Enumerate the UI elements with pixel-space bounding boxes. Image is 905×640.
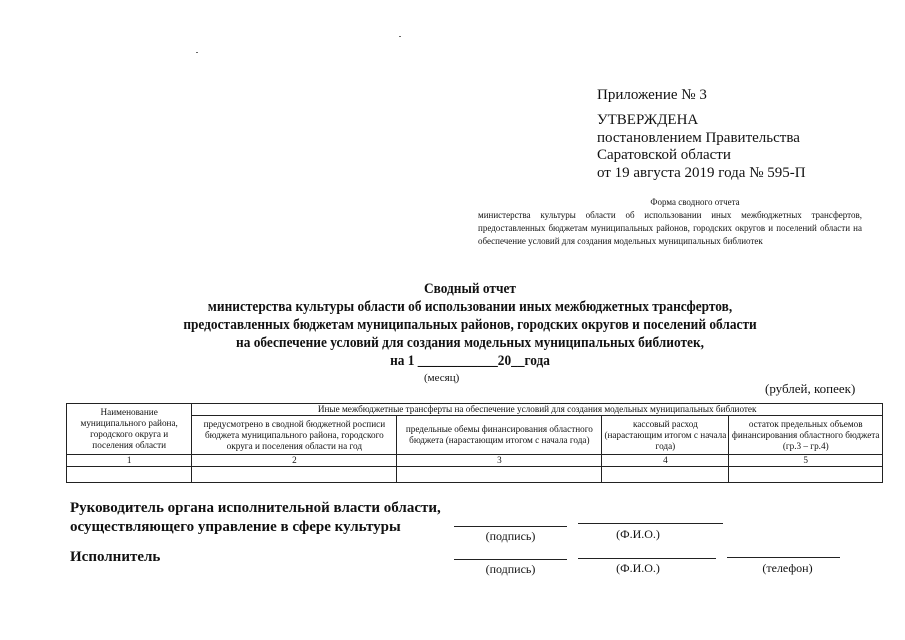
approval-line: от 19 августа 2019 года № 595-П — [597, 165, 806, 183]
table-cell — [67, 467, 192, 483]
form-caption-title: Форма сводного отчета — [478, 196, 862, 209]
header-cell-name: Наименование муниципального района, горо… — [67, 404, 192, 455]
executor-name-hint: (Ф.И.О.) — [578, 561, 698, 576]
header-cell-planned: предусмотрено в сводной бюджетной роспис… — [192, 416, 397, 455]
units-label: (рублей, копеек) — [765, 381, 855, 397]
report-title-line: предоставленных бюджетам муниципальных р… — [130, 316, 811, 334]
approval-line: УТВЕРЖДЕНА — [597, 112, 806, 130]
table-header-row: Наименование муниципального района, горо… — [67, 404, 883, 416]
report-title-line: на обеспечение условий для создания моде… — [130, 334, 811, 352]
head-signature-hint: (подпись) — [454, 529, 567, 544]
approval-line: постановлением Правительства — [597, 130, 806, 148]
report-date-line: на 1 ____________20__года — [130, 352, 811, 370]
column-number: 1 — [67, 455, 192, 467]
column-number: 2 — [192, 455, 397, 467]
appendix-label: Приложение № 3 — [597, 86, 707, 104]
table-row — [67, 467, 883, 483]
executor-phone-hint: (телефон) — [740, 561, 835, 576]
column-number: 4 — [602, 455, 729, 467]
executor-label: Исполнитель — [70, 548, 160, 567]
form-caption: Форма сводного отчета министерства культ… — [478, 196, 862, 248]
header-cell-limits: предельные обемы финансирования областно… — [397, 416, 602, 455]
report-title-line: министерства культуры области об использ… — [130, 298, 811, 316]
head-name-line — [578, 523, 723, 524]
approval-line: Саратовской области — [597, 147, 806, 165]
form-caption-body: министерства культуры области об использ… — [478, 209, 862, 248]
head-name-hint: (Ф.И.О.) — [578, 527, 698, 542]
report-title-line: Сводный отчет — [130, 280, 811, 298]
approval-block: УТВЕРЖДЕНА постановлением Правительства … — [597, 112, 806, 182]
executor-phone-line — [727, 557, 840, 558]
report-table: Наименование муниципального района, горо… — [66, 403, 883, 483]
head-signatory-line: Руководитель органа исполнительной власт… — [70, 499, 441, 518]
table-cell — [729, 467, 883, 483]
column-number-row: 1 2 3 4 5 — [67, 455, 883, 467]
month-hint: (месяц) — [424, 372, 459, 384]
column-number: 3 — [397, 455, 602, 467]
head-signatory-line: осуществляющего управление в сфере культ… — [70, 518, 441, 537]
table-cell — [192, 467, 397, 483]
table-cell — [397, 467, 602, 483]
head-signatory-label: Руководитель органа исполнительной власт… — [70, 499, 441, 537]
header-cell-group: Иные межбюджетные трансферты на обеспече… — [192, 404, 883, 416]
executor-name-line — [578, 558, 716, 559]
scan-speck — [196, 52, 198, 53]
header-cell-cash-expense: кассовый расход (нарастающим итогом с на… — [602, 416, 729, 455]
executor-signature-line — [454, 559, 567, 560]
head-signature-line — [454, 526, 567, 527]
executor-signature-hint: (подпись) — [454, 562, 567, 577]
report-title: Сводный отчет министерства культуры обла… — [130, 280, 811, 370]
column-number: 5 — [729, 455, 883, 467]
header-cell-remainder: остаток предельных объемов финансировани… — [729, 416, 883, 455]
scan-speck — [399, 36, 401, 37]
table-cell — [602, 467, 729, 483]
